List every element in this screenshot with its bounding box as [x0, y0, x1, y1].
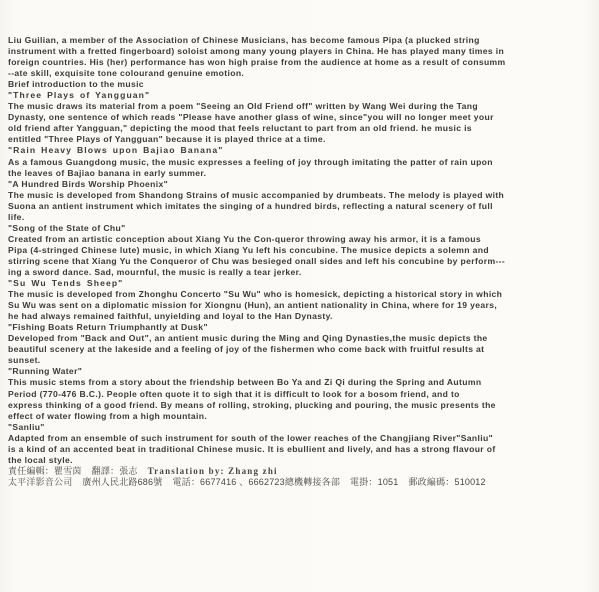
piece-title: "Three Plays of Yangguan": [8, 90, 593, 101]
piece-text-line: This music stems from a story about the …: [8, 377, 593, 388]
piece-title: "Fishing Boats Return Triumphantly at Du…: [8, 322, 593, 333]
cable-label: 電掛：: [350, 477, 378, 487]
piece-text-line: beautiful scenery at the lakeside and a …: [8, 344, 593, 355]
section-heading: Brief introduction to the music: [8, 79, 593, 90]
credits-line: 責任編輯：瞿雪茵翻譯：張志Translation by: Zhang zhi: [8, 466, 593, 477]
piece-text-line: As a famous Guangdong music, the music e…: [8, 157, 593, 168]
piece-text-line: express thinking of a good friend. By me…: [8, 400, 593, 411]
editor-label: 責任編輯：: [8, 466, 54, 476]
piece-text-line: he had always remained faithful, unyield…: [8, 311, 593, 322]
piece-text-line: ing a sword dance. Sad, mournful, the mu…: [8, 267, 593, 278]
piece-text-line: The music is developed from Zhonghu Conc…: [8, 289, 593, 300]
translator-name: 張志: [119, 466, 137, 476]
piece-text-line: Suona an antient instrument which imitat…: [8, 201, 593, 212]
cable-value: 1051: [378, 477, 399, 487]
piece-text-line: sunset.: [8, 355, 593, 366]
piece-text-line: entitled "Three Plays of Yangguan" becau…: [8, 134, 593, 145]
piece-title: "Running Water": [8, 366, 593, 377]
liner-notes-page: Liu Guilian, a member of the Association…: [8, 35, 593, 488]
postcode-label: 郵政編碼：: [408, 477, 454, 487]
piece-title: "Rain Heavy Blows upon Bajiao Banana": [8, 145, 593, 156]
piece-text-line: Adapted from an ensemble of such instrum…: [8, 433, 593, 444]
publisher-address: 廣州人民北路686號: [82, 477, 162, 487]
piece-text-line: life.: [8, 212, 593, 223]
piece-text-line: Pipa (4-stringed Chinese lute) music, in…: [8, 245, 593, 256]
piece-hundred-birds: "A Hundred Birds Worship Phoenix" The mu…: [8, 179, 593, 223]
phone-label: 電話：: [172, 477, 200, 487]
piece-title: "Song of the State of Chu": [8, 223, 593, 234]
piece-text-line: old friend after Yangguan," depicting th…: [8, 123, 593, 134]
piece-title: "Su Wu Tends Sheep": [8, 278, 593, 289]
intro-line: foreign countries. His (her) performance…: [8, 57, 593, 68]
piece-text-line: effect of water flowing from a high moun…: [8, 411, 593, 422]
postcode-value: 510012: [454, 477, 485, 487]
translator-label: 翻譯：: [92, 466, 120, 476]
piece-fishing-boats: "Fishing Boats Return Triumphantly at Du…: [8, 322, 593, 366]
piece-title: "A Hundred Birds Worship Phoenix": [8, 179, 593, 190]
piece-rain-heavy-blows: "Rain Heavy Blows upon Bajiao Banana" As…: [8, 145, 593, 178]
piece-text-line: The music is developed from Shandong Str…: [8, 190, 593, 201]
piece-text-line: Developed from "Back and Out", an antien…: [8, 333, 593, 344]
phone-value: 6677416 、6662723總機轉接各部: [200, 477, 340, 487]
intro-line: instrument with a fretted fingerboard) s…: [8, 46, 593, 57]
publisher-line: 太平洋影音公司廣州人民北路686號電話：6677416 、6662723總機轉接…: [8, 477, 593, 488]
piece-song-of-chu: "Song of the State of Chu" Created from …: [8, 223, 593, 278]
piece-text-line: The music draws its material from a poem…: [8, 101, 593, 112]
publisher-company: 太平洋影音公司: [8, 477, 72, 487]
piece-text-line: the leaves of Bajiao banana in early sum…: [8, 168, 593, 179]
piece-text-line: the local style.: [8, 455, 593, 466]
piece-text-line: Created from an artistic conception abou…: [8, 234, 593, 245]
editor-name: 瞿雪茵: [54, 466, 82, 476]
piece-text-line: Dynasty, one sentence of which reads "Pl…: [8, 112, 593, 123]
intro-section: Liu Guilian, a member of the Association…: [8, 35, 593, 90]
piece-sanliu: "Sanliu" Adapted from an ensemble of suc…: [8, 422, 593, 466]
intro-line: Liu Guilian, a member of the Association…: [8, 35, 593, 46]
piece-su-wu: "Su Wu Tends Sheep" The music is develop…: [8, 278, 593, 322]
piece-text-line: Period (770-476 B.C.). People often quot…: [8, 389, 593, 400]
piece-three-plays-of-yangguan: "Three Plays of Yangguan" The music draw…: [8, 90, 593, 145]
piece-title: "Sanliu": [8, 422, 593, 433]
intro-line: --ate skill, exquisite tone colourand ge…: [8, 68, 593, 79]
piece-text-line: is a kind of an accented beat in traditi…: [8, 444, 593, 455]
piece-text-line: Su Wu was sent on a diplomatic mission f…: [8, 300, 593, 311]
piece-text-line: stirring scene that Xiang Yu the Conquer…: [8, 256, 593, 267]
piece-running-water: "Running Water" This music stems from a …: [8, 366, 593, 421]
translation-credit: Translation by: Zhang zhi: [148, 466, 278, 476]
